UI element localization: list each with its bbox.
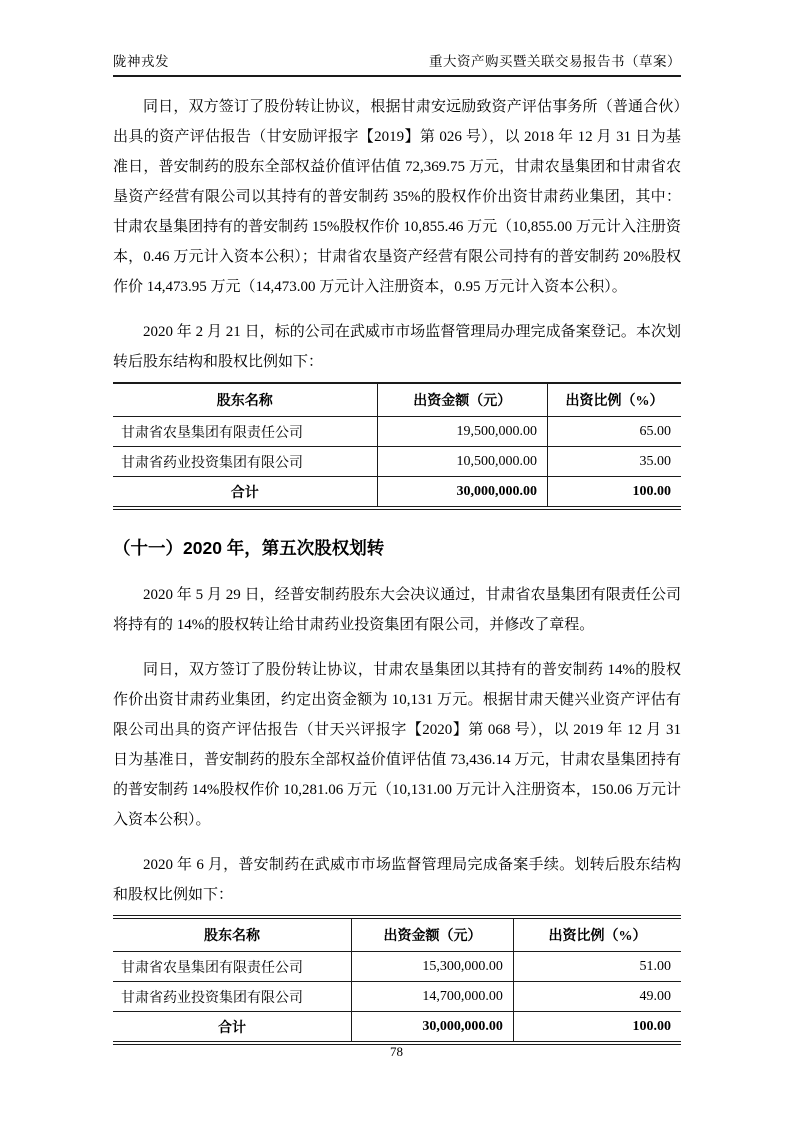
total-ratio-cell: 100.00 [548,477,682,507]
table-row: 甘肃省药业投资集团有限公司 10,500,000.00 35.00 [113,447,681,477]
shareholding-table-fourth-transfer: 股东名称 出资金额（元） 出资比例（%） 甘肃省农垦集团有限责任公司 19,50… [113,382,681,510]
total-label-cell: 合计 [113,477,377,507]
header-company-name: 陇神戎发 [113,50,169,70]
total-ratio-cell: 100.00 [513,1012,681,1042]
capital-amount-cell: 19,500,000.00 [377,417,547,447]
column-header-shareholder-name: 股东名称 [113,384,377,417]
shareholder-name-cell: 甘肃省农垦集团有限责任公司 [113,952,352,982]
capital-amount-cell: 10,500,000.00 [377,447,547,477]
document-body: 同日，双方签订了股份转让协议，根据甘肃安远励致资产评估事务所（普通合伙）出具的资… [113,92,681,1045]
total-amount-cell: 30,000,000.00 [352,1012,514,1042]
paragraph-share-transfer-agreement-2020: 同日，双方签订了股份转让协议，甘肃农垦集团以其持有的普安制药 14%的股权作价出… [113,655,681,835]
table-total-row: 合计 30,000,000.00 100.00 [113,1012,681,1042]
capital-ratio-cell: 51.00 [513,952,681,982]
column-header-capital-ratio: 出资比例（%） [513,919,681,952]
table-row: 甘肃省药业投资集团有限公司 14,700,000.00 49.00 [113,982,681,1012]
table-header-row: 股东名称 出资金额（元） 出资比例（%） [113,384,681,417]
shareholding-table-1: 股东名称 出资金额（元） 出资比例（%） 甘肃省农垦集团有限责任公司 19,50… [113,384,681,506]
capital-ratio-cell: 35.00 [548,447,682,477]
paragraph-registration-2020-02: 2020 年 2 月 21 日，标的公司在武威市市场监督管理局办理完成备案登记。… [113,317,681,377]
shareholder-name-cell: 甘肃省药业投资集团有限公司 [113,447,377,477]
page-header: 陇神戎发 重大资产购买暨关联交易报告书（草案） [113,50,681,77]
capital-amount-cell: 14,700,000.00 [352,982,514,1012]
shareholding-table-fifth-transfer: 股东名称 出资金额（元） 出资比例（%） 甘肃省农垦集团有限责任公司 15,30… [113,915,681,1045]
total-amount-cell: 30,000,000.00 [377,477,547,507]
shareholding-table-2: 股东名称 出资金额（元） 出资比例（%） 甘肃省农垦集团有限责任公司 15,30… [113,919,681,1041]
table-header-row: 股东名称 出资金额（元） 出资比例（%） [113,919,681,952]
paragraph-share-transfer-agreement-2019: 同日，双方签订了股份转让协议，根据甘肃安远励致资产评估事务所（普通合伙）出具的资… [113,92,681,302]
total-label-cell: 合计 [113,1012,352,1042]
table-row: 甘肃省农垦集团有限责任公司 15,300,000.00 51.00 [113,952,681,982]
document-page: 陇神戎发 重大资产购买暨关联交易报告书（草案） 同日，双方签订了股份转让协议，根… [0,0,793,1122]
column-header-capital-amount: 出资金额（元） [352,919,514,952]
paragraph-resolution-2020-05: 2020 年 5 月 29 日，经普安制药股东大会决议通过，甘肃省农垦集团有限责… [113,580,681,640]
page-footer: 78 [0,1044,793,1060]
table-total-row: 合计 30,000,000.00 100.00 [113,477,681,507]
capital-amount-cell: 15,300,000.00 [352,952,514,982]
page-number: 78 [390,1044,403,1059]
header-document-title: 重大资产购买暨关联交易报告书（草案） [429,50,681,70]
capital-ratio-cell: 65.00 [548,417,682,447]
column-header-shareholder-name: 股东名称 [113,919,352,952]
capital-ratio-cell: 49.00 [513,982,681,1012]
shareholder-name-cell: 甘肃省农垦集团有限责任公司 [113,417,377,447]
table-row: 甘肃省农垦集团有限责任公司 19,500,000.00 65.00 [113,417,681,447]
column-header-capital-amount: 出资金额（元） [377,384,547,417]
column-header-capital-ratio: 出资比例（%） [548,384,682,417]
section-heading-eleven: （十一）2020 年，第五次股权划转 [113,535,681,560]
shareholder-name-cell: 甘肃省药业投资集团有限公司 [113,982,352,1012]
paragraph-registration-2020-06: 2020 年 6 月，普安制药在武威市市场监督管理局完成备案手续。划转后股东结构… [113,850,681,910]
